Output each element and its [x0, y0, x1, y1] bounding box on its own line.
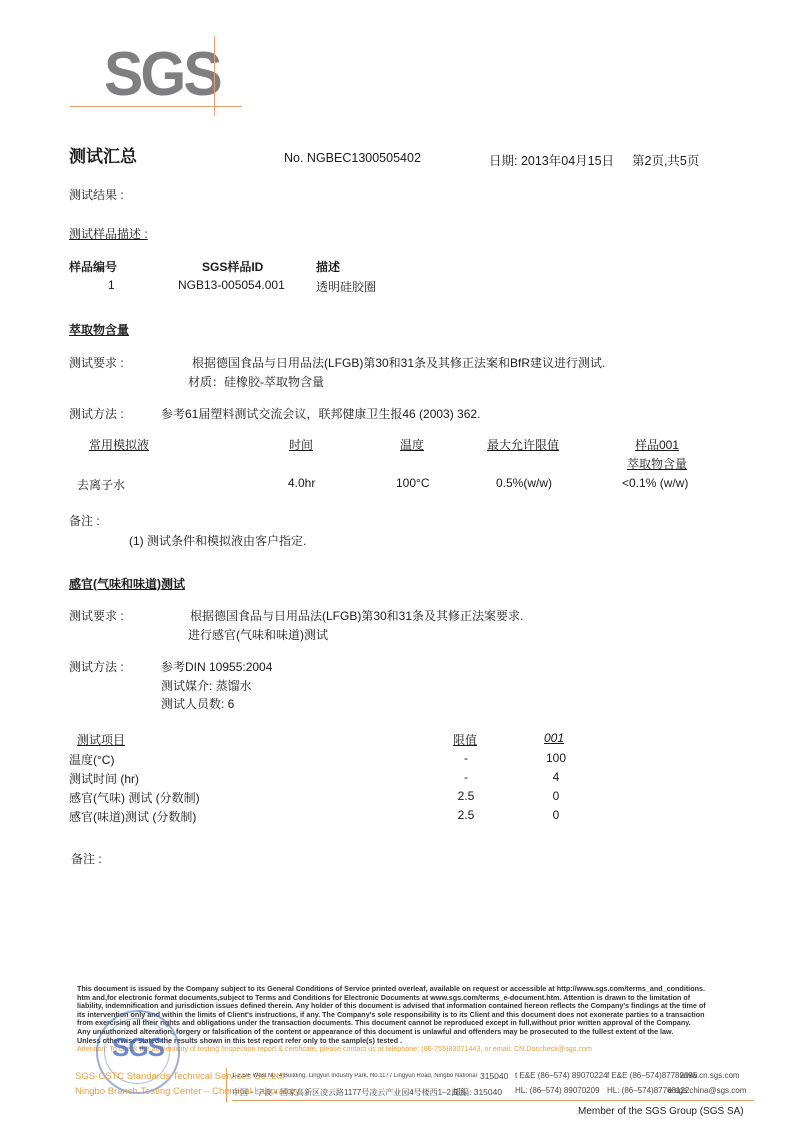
extract-notes-label: 备注 :: [69, 512, 100, 529]
website: www.cn.sgs.com: [680, 1071, 740, 1080]
column-header: 常用模拟液: [89, 436, 149, 453]
test-item: 测试时间 (hr): [69, 770, 139, 787]
postcode: 315040: [480, 1071, 508, 1081]
column-header: 最大允许限值: [487, 436, 559, 453]
value: 4: [536, 770, 576, 784]
sensory-heading: 感官(气味和味道)测试: [69, 575, 185, 592]
email: e sgs.china@sgs.com: [668, 1086, 746, 1095]
sample-no: 1: [108, 278, 115, 292]
extract-heading: 萃取物含量: [69, 321, 129, 338]
telephone-ee: t E&E (86–574) 89070224: [515, 1071, 608, 1080]
divider: [226, 1068, 227, 1102]
value: 0: [536, 808, 576, 822]
address-cn: 中国・宁波・国家高新区凌云路1177号凌云产业园4号楼西1–2,5层: [232, 1087, 466, 1098]
report-date: 日期: 2013年04月15日: [489, 151, 614, 169]
temperature: 100°C: [396, 476, 430, 490]
column-header: 萃取物含量: [627, 455, 687, 472]
sensory-req-line1: 根据德国食品与日用品法(LFGB)第30和31条及其修正法案要求.: [190, 607, 523, 624]
logo-text: SGS: [104, 42, 220, 108]
column-header: 限值: [453, 731, 477, 748]
limit: -: [446, 770, 486, 784]
disclaimer-line: liability, indemnification and jurisdict…: [77, 1002, 742, 1011]
sensory-method-label: 测试方法 :: [69, 658, 124, 675]
test-item: 温度(°C): [69, 751, 114, 768]
telephone-hl: HL: (86–574) 89070209: [515, 1086, 600, 1095]
column-header: 样品编号: [69, 258, 117, 275]
disclaimer-line: This document is issued by the Company s…: [77, 985, 742, 994]
max-limit: 0.5%(w/w): [496, 476, 552, 490]
logo-divider: [214, 36, 215, 116]
disclaimer-line: from exercising all their rights and obl…: [77, 1019, 742, 1028]
column-header: 描述: [316, 258, 340, 275]
report-number: No. NGBEC1300505402: [284, 151, 421, 165]
limit: 2.5: [446, 808, 486, 822]
disclaimer-line: htm and,for electronic format documents,…: [77, 994, 742, 1003]
simulant: 去离子水: [77, 476, 125, 493]
sensory-method-line1: 参考DIN 10955:2004: [161, 658, 272, 675]
test-item: 感官(味道)测试 (分数制): [69, 808, 196, 825]
logo-divider: [70, 106, 242, 107]
sensory-notes-label: 备注 :: [71, 850, 102, 867]
footer-divider: [232, 1100, 754, 1101]
sensory-method-line2: 测试媒介: 蒸馏水: [161, 677, 252, 694]
member-line: Member of the SGS Group (SGS SA): [578, 1106, 744, 1117]
value: 100: [536, 751, 576, 765]
sgs-sample-id: NGB13-005054.001: [178, 278, 285, 292]
limit: -: [446, 751, 486, 765]
sample-desc-heading: 测试样品描述 :: [69, 225, 148, 242]
sample-description: 透明硅胶圈: [316, 278, 376, 295]
column-header: 样品001: [635, 436, 679, 453]
extract-req-line1: 根据德国食品与日用品法(LFGB)第30和31条及其修正法案和BfR建议进行测试…: [192, 354, 605, 371]
extract-method-text: 参考61届塑料测试交流会议，联邦健康卫生报46 (2003) 362.: [161, 405, 480, 422]
disclaimer-line: its intervention only and within the lim…: [77, 1011, 742, 1020]
sgs-logo: SGS: [70, 36, 242, 116]
column-header: 温度: [400, 436, 424, 453]
page-title: 测试汇总: [69, 142, 137, 167]
extract-req-line2: 材质：硅橡胶-萃取物含量: [188, 373, 324, 390]
column-header: 001: [544, 731, 564, 745]
limit: 2.5: [446, 789, 486, 803]
test-item: 感官(气味) 测试 (分数制): [69, 789, 200, 806]
column-header: SGS样品ID: [202, 258, 263, 275]
postcode-cn: 邮编: 315040: [452, 1086, 502, 1098]
results-label: 测试结果 :: [69, 186, 124, 203]
stamp-logo: SGS: [112, 1032, 164, 1063]
extract-req-label: 测试要求 :: [69, 354, 124, 371]
extract-method-label: 测试方法 :: [69, 405, 124, 422]
sensory-method-line3: 测试人员数: 6: [161, 695, 234, 712]
extract-note-1: (1) 测试条件和模拟液由客户指定.: [129, 532, 306, 549]
column-header: 时间: [289, 436, 313, 453]
column-header: 测试项目: [77, 731, 125, 748]
sensory-req-label: 测试要求 :: [69, 607, 124, 624]
sensory-req-line2: 进行感官(气味和味道)测试: [188, 626, 328, 643]
sample-result: <0.1% (w/w): [622, 476, 688, 490]
time: 4.0hr: [288, 476, 315, 490]
address-en: 1-2,5/F West No. 4 Building, Lingyun Ind…: [232, 1073, 478, 1079]
value: 0: [536, 789, 576, 803]
page-number: 第2页,共5页: [632, 151, 699, 169]
